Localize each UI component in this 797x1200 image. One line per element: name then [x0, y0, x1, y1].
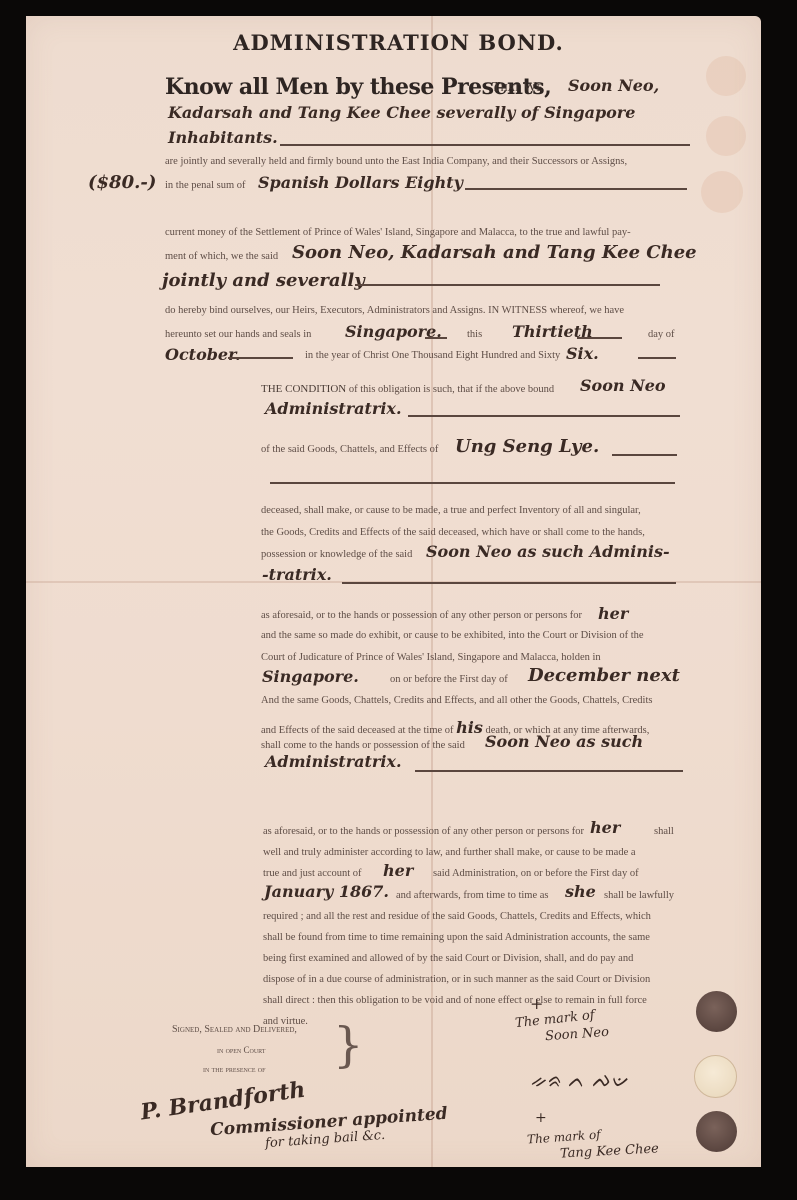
- text-condition-caps: THE CONDITION: [261, 383, 346, 395]
- handwritten-p1: Soon Neo as such Adminis-: [426, 542, 670, 561]
- text-open-court: in open Court: [217, 1045, 265, 1055]
- handwritten-party-1: Soon Neo,: [568, 76, 659, 95]
- handwritten-role: Administratrix.: [265, 399, 402, 418]
- text-p3-shall: shall: [654, 826, 674, 837]
- paper-stain: [701, 171, 743, 213]
- text-p2-l1: as aforesaid, or to the hands or possess…: [261, 610, 582, 621]
- handwritten-party-3: Inhabitants.: [168, 128, 278, 147]
- text-goods: of the said Goods, Chattels, and Effects…: [261, 444, 438, 455]
- text-condition-intro: of this obligation is such, that if the …: [349, 384, 554, 395]
- text-p2-l7: shall come to the hands or possession of…: [261, 740, 465, 751]
- fill-line: [577, 337, 622, 339]
- text-p3-l4b: shall be lawfully: [604, 890, 674, 901]
- handwritten-p2-hand7: Soon Neo as such: [485, 732, 643, 751]
- brace-glyph: }: [333, 1017, 364, 1073]
- text-p3-l9: shall direct : then this obligation to b…: [263, 995, 647, 1006]
- handwritten-bound-party: Soon Neo: [580, 376, 666, 395]
- text-p3-l3a: true and just account of: [263, 868, 362, 879]
- signatory-3-mark: +: [535, 1110, 547, 1126]
- handwritten-penal-sum: Spanish Dollars Eighty: [258, 173, 463, 192]
- text-p3-l5: required ; and all the rest and residue …: [263, 911, 651, 922]
- margin-note-amount: ($80.-): [88, 172, 156, 193]
- paper-stain: [706, 56, 746, 96]
- text-p1-l3: possession or knowledge of the said: [261, 549, 412, 560]
- fill-line: [355, 284, 660, 286]
- signatory-2-script: ᨀᨑ ᨈ ᨄᨉ: [530, 1068, 629, 1092]
- preamble-that-we: That We: [492, 80, 543, 96]
- fill-line: [425, 337, 447, 339]
- handwritten-her-1: her: [598, 604, 628, 623]
- text-p2-l3: Court of Judicature of Prince of Wales' …: [261, 652, 601, 663]
- text-p3-l7: being first examined and allowed of by t…: [263, 953, 633, 964]
- handwritten-january: January 1867.: [264, 882, 389, 901]
- document-title: ADMINISTRATION BOND.: [0, 30, 797, 55]
- handwritten-her-3: her: [383, 861, 413, 880]
- text-currency: current money of the Settlement of Princ…: [165, 227, 631, 238]
- text-presence-of: in the presence of: [203, 1064, 265, 1074]
- signatory-1-mark: +: [530, 994, 543, 1013]
- text-p3-l4a: and afterwards, from time to time as: [396, 890, 549, 901]
- text-condition: THE CONDITION of this obligation is such…: [261, 383, 554, 395]
- text-signed-sealed: Signed, Sealed and Delivered,: [172, 1024, 297, 1035]
- handwritten-she: she: [565, 882, 596, 901]
- wax-seal-1: [696, 991, 737, 1032]
- text-p3-l1: as aforesaid, or to the hands or possess…: [263, 826, 584, 837]
- text-bind: do hereby bind ourselves, our Heirs, Exe…: [165, 305, 624, 316]
- text-hereunto: hereunto set our hands and seals in: [165, 329, 311, 340]
- handwritten-court-place: Singapore.: [262, 667, 359, 686]
- handwritten-p1-cont: -tratrix.: [262, 565, 332, 584]
- handwritten-his: his: [456, 718, 483, 737]
- handwritten-year: Six.: [566, 344, 599, 363]
- text-penal-sum: in the penal sum of: [165, 180, 245, 191]
- text-day-of: day of: [648, 329, 675, 340]
- text-p1-l2: the Goods, Credits and Effects of the sa…: [261, 527, 645, 538]
- text-year: in the year of Christ One Thousand Eight…: [305, 350, 560, 361]
- wax-seal-2: [694, 1055, 737, 1098]
- text-p3-l6: shall be found from time to time remaini…: [263, 932, 650, 943]
- text-p2-l2: and the same so made do exhibit, or caus…: [261, 630, 644, 641]
- fill-line: [280, 144, 690, 146]
- text-p3-l2: well and truly administer according to l…: [263, 847, 636, 858]
- fill-line: [638, 357, 676, 359]
- text-p3-l3b: said Administration, on or before the Fi…: [433, 868, 639, 879]
- fill-line: [465, 188, 687, 190]
- fill-line: [612, 454, 677, 456]
- handwritten-jointly: jointly and severally: [162, 270, 365, 291]
- text-p1-l1: deceased, shall make, or cause to be mad…: [261, 505, 641, 516]
- handwritten-deceased: Ung Seng Lye.: [455, 436, 599, 457]
- text-payment: ment of which, we the said: [165, 251, 278, 262]
- handwritten-december: December next: [528, 665, 680, 686]
- handwritten-party-2: Kadarsah and Tang Kee Chee severally of …: [168, 103, 635, 122]
- text-bound: are jointly and severally held and firml…: [165, 156, 627, 167]
- handwritten-p2-hand8: Administratrix.: [265, 752, 402, 771]
- text-this: this: [467, 329, 482, 340]
- fill-line: [270, 482, 675, 484]
- handwritten-her-2: her: [590, 818, 620, 837]
- fill-line: [342, 582, 676, 584]
- handwritten-month: October.: [165, 345, 241, 364]
- handwritten-payment-parties: Soon Neo, Kadarsah and Tang Kee Chee: [292, 242, 697, 263]
- paper-stain: [706, 116, 746, 156]
- fill-line: [408, 415, 680, 417]
- wax-seal-3: [696, 1111, 737, 1152]
- text-p3-l8: dispose of in a due course of administra…: [263, 974, 650, 985]
- fill-line: [415, 770, 683, 772]
- fill-line: [228, 357, 293, 359]
- text-p2-l4: on or before the First day of: [390, 674, 508, 685]
- text-p2-l6a: and Effects of the said deceased at the …: [261, 725, 454, 736]
- text-p2-l5: And the same Goods, Chattels, Credits an…: [261, 695, 652, 706]
